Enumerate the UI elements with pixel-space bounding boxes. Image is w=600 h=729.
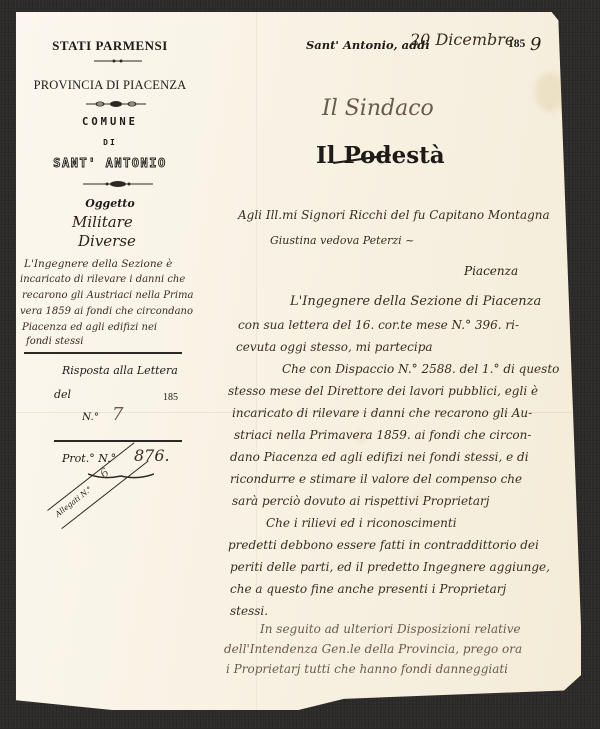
body-line: Che i rilievi ed i riconoscimenti [266, 516, 457, 530]
body-line: cevuta oggi stesso, mi partecipa [236, 340, 433, 354]
section-rule [24, 352, 182, 354]
body-line: i Proprietarj tutti che hanno fondi dann… [226, 662, 508, 676]
dateline-year-hand: 9 [530, 34, 541, 55]
body-line: periti delle parti, ed il predetto Ingeg… [230, 560, 550, 574]
body-line: sarà perciò dovuto ai rispettivi Proprie… [232, 494, 489, 508]
age-stain [536, 72, 564, 112]
body-line: predetti debbono essere fatti in contrad… [228, 538, 539, 552]
summary-line: recarono gli Austriaci nella Prima [22, 290, 193, 301]
ornament-divider [86, 100, 146, 106]
ornament-divider [83, 180, 153, 186]
ornament-divider [94, 58, 142, 64]
letterhead-town: SANT' ANTONIO [20, 156, 200, 170]
summary-line: L'Ingegnere della Sezione è [24, 258, 172, 270]
addressee-line: Giustina vedova Peterzi ~ [270, 234, 414, 247]
body-line: dano Piacenza ed agli edifizi nei fondi … [230, 450, 529, 464]
dateline-year-print: 185 [508, 38, 525, 50]
letterhead-di: DI [20, 138, 200, 147]
summary-line: Piacenza ed agli edifizi nei [22, 322, 157, 333]
body-line: con sua lettera del 16. cor.te mese N.° … [238, 318, 519, 332]
addressee-line: Agli Ill.mi Signori Ricchi del fu Capita… [238, 208, 550, 222]
summary-line: vera 1859 ai fondi che circondano [20, 306, 193, 317]
body-line: Che con Dispaccio N.° 2588. del 1.° di q… [282, 362, 559, 376]
section-rule [54, 440, 182, 442]
letterhead-comune: COMUNE [20, 116, 200, 128]
body-line: stesso mese del Direttore dei lavori pub… [228, 384, 538, 398]
letterhead-state: STATI PARMENSI [20, 38, 200, 54]
sindaco-correction: Il Sindaco [322, 96, 434, 121]
dateline-day-month: 20 Dicembre [410, 30, 514, 49]
allegati-value: 6 [97, 465, 112, 481]
del-label: del [54, 388, 71, 401]
summary-line: fondi stessi [26, 336, 83, 347]
body-line: In seguito ad ulteriori Disposizioni rel… [260, 622, 521, 636]
body-line: che a questo fine anche presenti i Propr… [230, 582, 506, 596]
body-line: L'Ingegnere della Sezione di Piacenza [290, 294, 541, 309]
body-line: incaricato di rilevare i danni che recar… [232, 406, 532, 420]
oggetto-label: Oggetto [20, 197, 200, 210]
body-line: dell'Intendenza Gen.le della Provincia, … [224, 642, 522, 656]
year-prefix: 185 [163, 392, 178, 403]
body-line: ricondurre e stimare il valore del compe… [230, 472, 522, 486]
summary-line: incaricato di rilevare i danni che [20, 274, 185, 285]
numero-value: 7 [112, 404, 123, 425]
risposta-label: Risposta alla Lettera [62, 364, 178, 377]
body-line: stessi. [230, 604, 268, 618]
oggetto-value: Militare [72, 213, 133, 231]
oggetto-value: Diverse [78, 232, 136, 250]
body-line: striaci nella Primavera 1859. ai fondi c… [234, 428, 531, 442]
addressee-city: Piacenza [464, 264, 518, 278]
numero-label: N.° [82, 411, 99, 423]
letterhead-province: PROVINCIA DI PIACENZA [20, 78, 200, 93]
age-stain [596, 42, 600, 72]
